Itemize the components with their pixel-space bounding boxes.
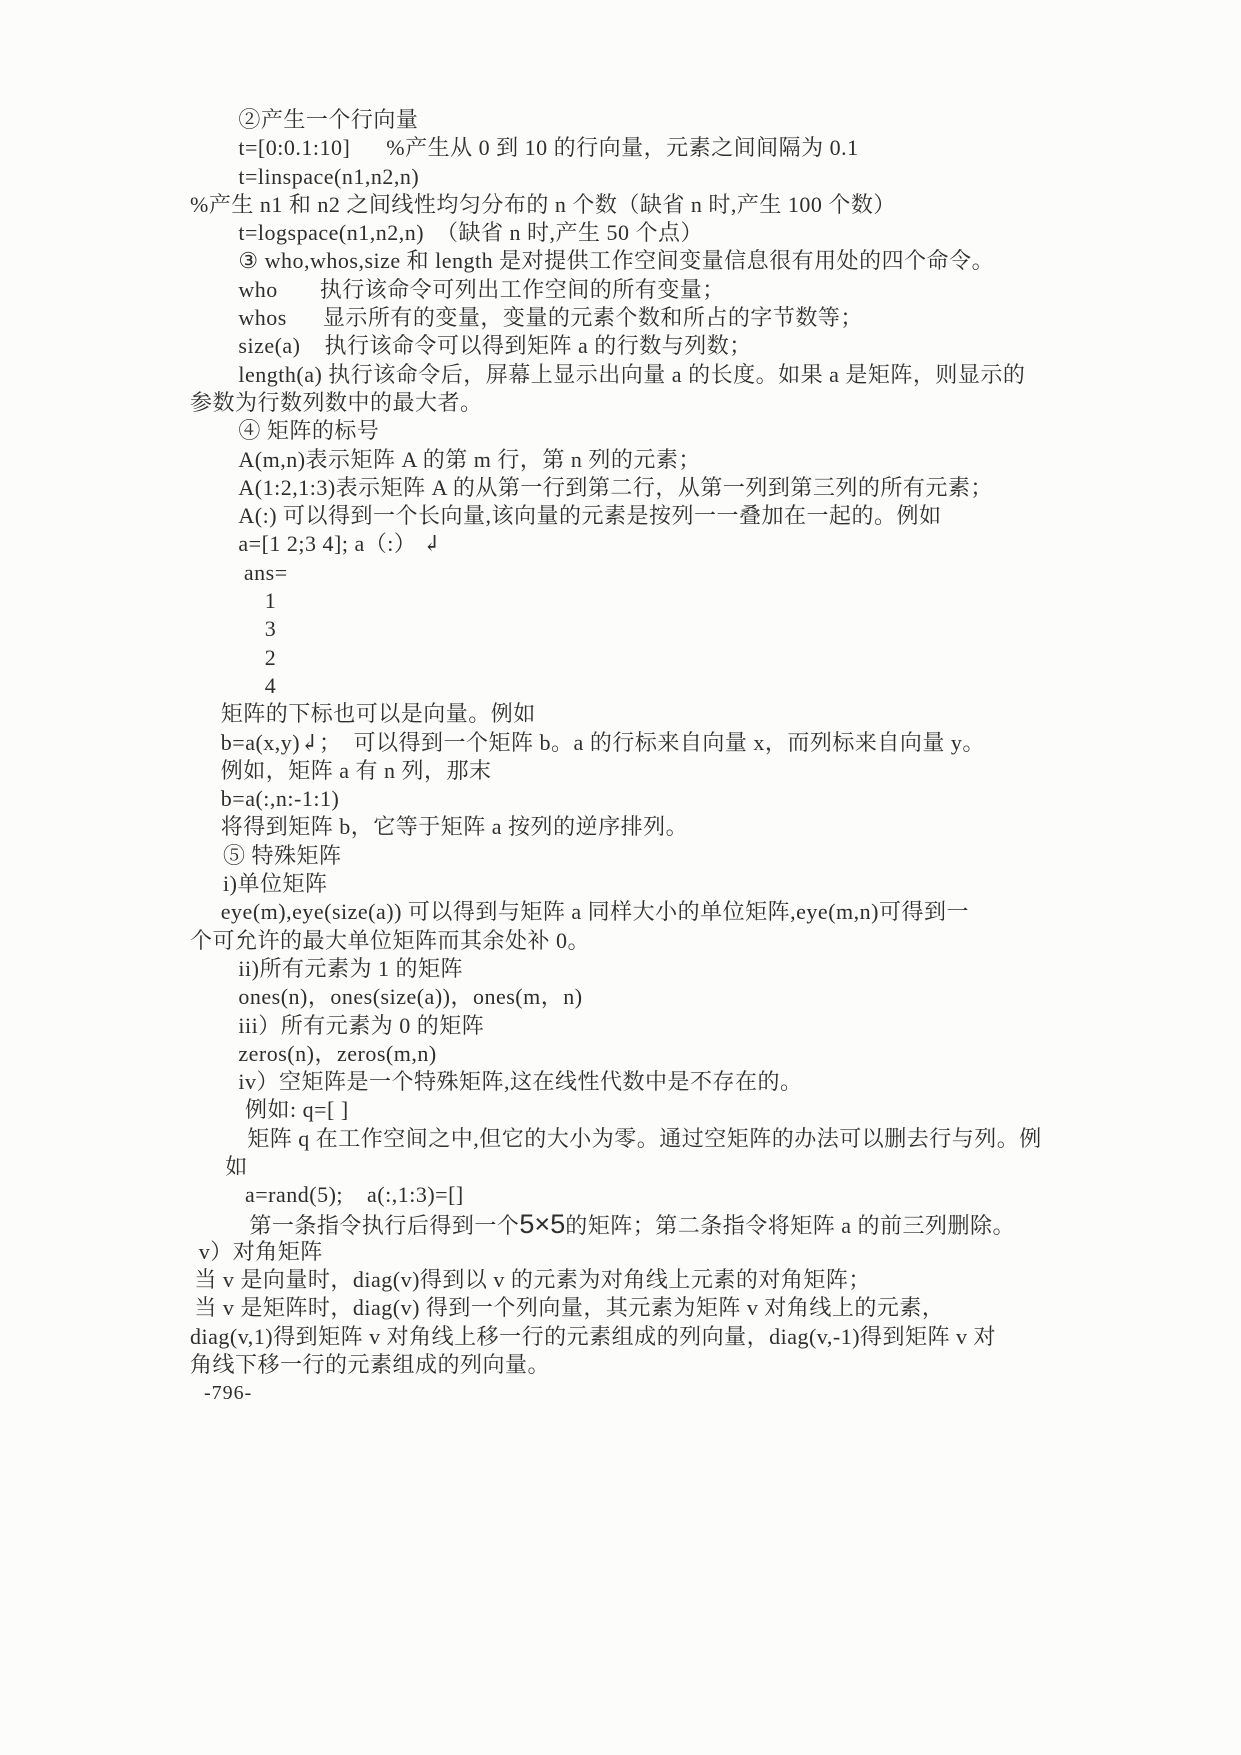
matrix-size-emphasis: 5×5	[519, 1209, 565, 1239]
text-line: iv）空矩阵是一个特殊矩阵,这在线性代数中是不存在的。	[190, 1068, 1110, 1096]
text-line: 角线下移一行的元素组成的列向量。	[190, 1351, 1110, 1379]
text-line: b=a(x,y)↲； 可以得到一个矩阵 b。a 的行标来自向量 x，而列标来自向…	[190, 729, 1110, 757]
text-line: size(a) 执行该命令可以得到矩阵 a 的行数与列数；	[190, 332, 1110, 360]
text-line: 矩阵 q 在工作空间之中,但它的大小为零。通过空矩阵的办法可以删去行与列。例	[190, 1125, 1110, 1153]
text-line: whos 显示所有的变量，变量的元素个数和所占的字节数等；	[190, 304, 1110, 332]
text-line: ⑤ 特殊矩阵	[190, 842, 1110, 870]
text-line: t=[0:0.1:10] %产生从 0 到 10 的行向量，元素之间间隔为 0.…	[190, 134, 1110, 162]
text-line: 矩阵的下标也可以是向量。例如	[190, 700, 1110, 728]
page-number: -796-	[190, 1379, 1110, 1407]
text-line: i)单位矩阵	[190, 870, 1110, 898]
text-line: A(:) 可以得到一个长向量,该向量的元素是按列一一叠加在一起的。例如	[190, 502, 1110, 530]
text-line: 个可允许的最大单位矩阵而其余处补 0。	[190, 927, 1110, 955]
text-line: 如	[190, 1153, 1110, 1181]
text-line: 当 v 是矩阵时，diag(v) 得到一个列向量，其元素为矩阵 v 对角线上的元…	[190, 1294, 1110, 1322]
text-segment: 第一条指令执行后得到一个	[249, 1213, 519, 1238]
text-line: A(1:2,1:3)表示矩阵 A 的从第一行到第二行，从第一列到第三列的所有元素…	[190, 474, 1110, 502]
text-line: length(a) 执行该命令后，屏幕上显示出向量 a 的长度。如果 a 是矩阵…	[190, 361, 1110, 389]
text-line: ②产生一个行向量	[190, 106, 1110, 134]
text-line: eye(m),eye(size(a)) 可以得到与矩阵 a 同样大小的单位矩阵,…	[190, 898, 1110, 926]
text-line: t=logspace(n1,n2,n) （缺省 n 时,产生 50 个点）	[190, 219, 1110, 247]
text-line: t=linspace(n1,n2,n)	[190, 163, 1110, 191]
text-lines: ②产生一个行向量t=[0:0.1:10] %产生从 0 到 10 的行向量，元素…	[190, 106, 1110, 1408]
text-line: 1	[190, 587, 1110, 615]
text-line: ④ 矩阵的标号	[190, 417, 1110, 445]
text-line: ③ who,whos,size 和 length 是对提供工作空间变量信息很有用…	[190, 247, 1110, 275]
text-line: A(m,n)表示矩阵 A 的第 m 行，第 n 列的元素；	[190, 446, 1110, 474]
text-line: ones(n)，ones(size(a))，ones(m，n)	[190, 983, 1110, 1011]
text-segment: 的矩阵；第二条指令将矩阵 a 的前三列删除。	[565, 1213, 1015, 1238]
text-line: ans=	[190, 559, 1110, 587]
text-line: a=[1 2;3 4]; a（:） ↲	[190, 530, 1110, 558]
text-line: iii）所有元素为 0 的矩阵	[190, 1012, 1110, 1040]
text-line: 将得到矩阵 b，它等于矩阵 a 按列的逆序排列。	[190, 813, 1110, 841]
text-line: a=rand(5); a(:,1:3)=[]	[190, 1181, 1110, 1209]
text-line: 2	[190, 644, 1110, 672]
text-line: zeros(n)，zeros(m,n)	[190, 1040, 1110, 1068]
document-page: ②产生一个行向量t=[0:0.1:10] %产生从 0 到 10 的行向量，元素…	[0, 0, 1241, 1755]
text-line: 3	[190, 615, 1110, 643]
text-line: who 执行该命令可列出工作空间的所有变量；	[190, 276, 1110, 304]
text-line: %产生 n1 和 n2 之间线性均匀分布的 n 个数（缺省 n 时,产生 100…	[190, 191, 1110, 219]
text-line: 例如: q=[ ]	[190, 1096, 1110, 1124]
text-line: v）对角矩阵	[190, 1238, 1110, 1266]
text-line: b=a(:,n:-1:1)	[190, 785, 1110, 813]
text-line: 4	[190, 672, 1110, 700]
text-line: ii)所有元素为 1 的矩阵	[190, 955, 1110, 983]
text-line: 参数为行数列数中的最大者。	[190, 389, 1110, 417]
text-line: 当 v 是向量时，diag(v)得到以 v 的元素为对角线上元素的对角矩阵；	[190, 1266, 1110, 1294]
text-line: 第一条指令执行后得到一个5×5的矩阵；第二条指令将矩阵 a 的前三列删除。	[190, 1210, 1110, 1238]
text-line: diag(v,1)得到矩阵 v 对角线上移一行的元素组成的列向量，diag(v,…	[190, 1323, 1110, 1351]
text-line: 例如，矩阵 a 有 n 列，那末	[190, 757, 1110, 785]
